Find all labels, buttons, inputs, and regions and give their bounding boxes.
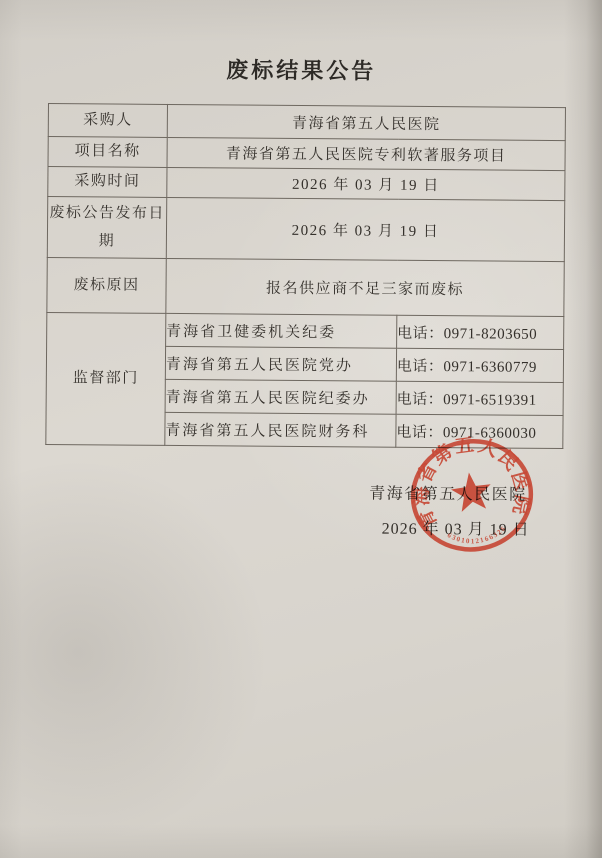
document-photo: 废标结果公告 采购人 青海省第五人民医院 项目名称 青海省第五人民医院专利软著服… — [0, 0, 602, 858]
paper-sheet: 废标结果公告 采购人 青海省第五人民医院 项目名称 青海省第五人民医院专利软著服… — [0, 0, 602, 858]
seal-serial-number: 6301012166326 — [445, 524, 509, 550]
svg-text:6301012166326: 6301012166326 — [445, 524, 509, 550]
seal-star-icon — [449, 470, 494, 513]
official-seal-stamp: 青海省第五人民医院 6301012166326 — [0, 0, 602, 858]
